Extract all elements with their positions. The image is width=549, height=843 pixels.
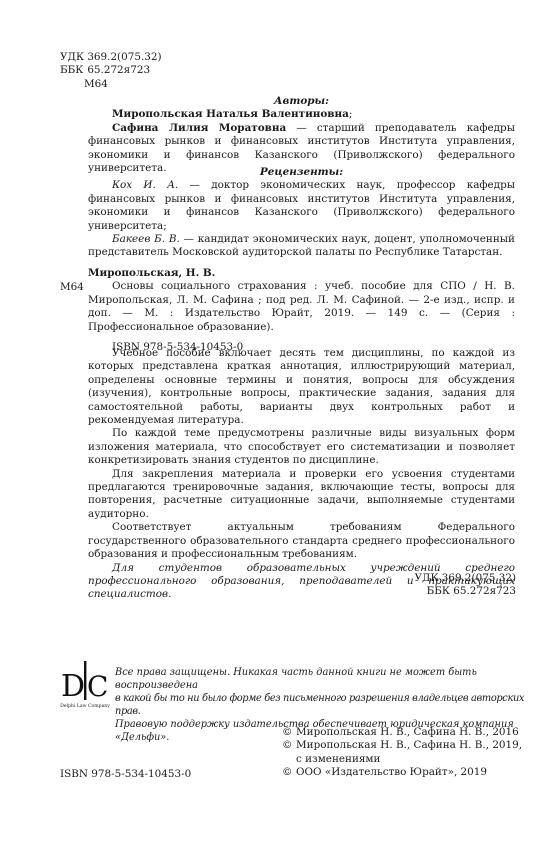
author-mark: М64 <box>60 78 162 91</box>
bibliographic-record: Миропольская, Н. В. Основы социального с… <box>88 267 515 354</box>
annotation: Учебное пособие включает десять тем дисц… <box>88 347 515 602</box>
copyright-line: ©ООО «Издательство Юрайт», 2019 <box>282 766 522 779</box>
bib-description: Основы социального страхования : учеб. п… <box>88 280 515 334</box>
bbk-bottom: ББК 65.272я723 <box>414 585 516 598</box>
reviewer-2: Бакеев Б. В. — кандидат экономических на… <box>88 233 515 260</box>
author-1: Миропольская Наталья Валентиновна; <box>88 108 515 121</box>
udk-bottom: УДК 369.2(075.32) <box>414 572 516 585</box>
authors-heading: Авторы: <box>88 95 515 108</box>
delphi-logo-icon: D C Delphi Law Company <box>58 660 112 710</box>
copyright-line: с изменениями <box>282 753 522 766</box>
copyright-line: ©Миропольская Н. В., Сафина Н. В., 2016 <box>282 726 522 739</box>
copyright-block: ©Миропольская Н. В., Сафина Н. В., 2016 … <box>282 726 522 780</box>
reviewers-section: Рецензенты: Кох И. А. — доктор экономиче… <box>88 166 515 260</box>
isbn-bottom: ISBN 978-5-534-10453-0 <box>60 768 191 781</box>
copyright-icon: © <box>282 739 296 752</box>
classification-block: УДК 369.2(075.32) ББК 65.272я723 М64 <box>60 51 162 91</box>
annotation-paragraph: Соответствует актуальным требованиям Фед… <box>88 521 515 561</box>
delphi-law-logo: D C Delphi Law Company <box>58 660 112 710</box>
rights-line: в какой бы то ни было форме без письменн… <box>115 692 525 718</box>
bib-author-heading: Миропольская, Н. В. <box>88 267 515 280</box>
udk-label: УДК <box>60 51 84 64</box>
classification-bottom: УДК 369.2(075.32) ББК 65.272я723 <box>414 572 516 599</box>
udk-value: 369.2(075.32) <box>87 51 161 64</box>
bib-mark: М64 <box>60 281 84 294</box>
copyright-line: ©Миропольская Н. В., Сафина Н. В., 2019, <box>282 739 522 752</box>
svg-text:D: D <box>61 669 85 704</box>
annotation-paragraph: По каждой теме предусмотрены различные в… <box>88 427 515 467</box>
bbk-label: ББК <box>60 64 84 77</box>
reviewers-heading: Рецензенты: <box>88 166 515 179</box>
rights-line: Все права защищены. Никакая часть данной… <box>115 666 525 692</box>
annotation-paragraph: Для закрепления материала и проверки его… <box>88 468 515 522</box>
annotation-paragraph: Учебное пособие включает десять тем дисц… <box>88 347 515 427</box>
copyright-icon: © <box>282 726 296 739</box>
reviewer-1: Кох И. А. — доктор экономических наук, п… <box>88 179 515 233</box>
bbk-value: 65.272я723 <box>87 64 150 77</box>
book-imprint-page: УДК 369.2(075.32) ББК 65.272я723 М64 Авт… <box>0 0 549 843</box>
copyright-icon: © <box>282 766 296 779</box>
svg-text:Delphi Law Company: Delphi Law Company <box>60 703 110 709</box>
authors-section: Авторы: Миропольская Наталья Валентиновн… <box>88 95 515 175</box>
svg-text:C: C <box>87 670 108 703</box>
